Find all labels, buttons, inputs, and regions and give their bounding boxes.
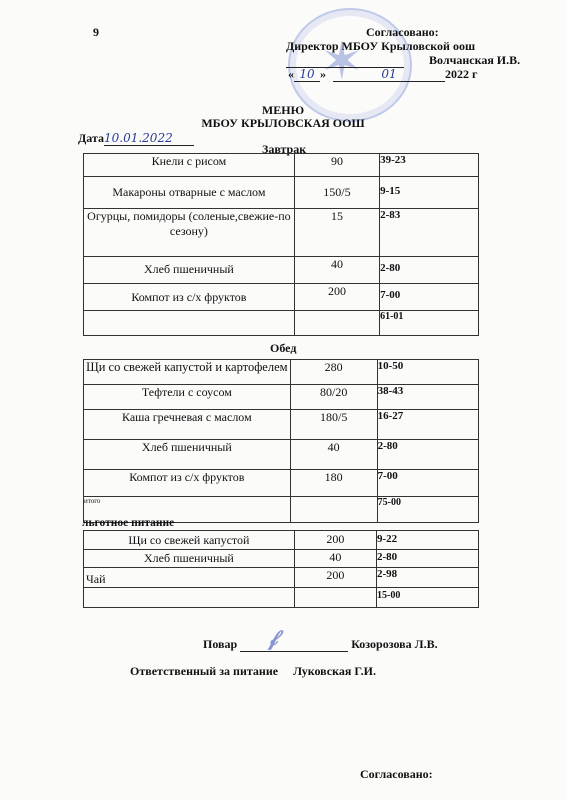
table-row: Хлеб пшеничный 40 2-80: [84, 257, 479, 284]
approval-label: Согласовано:: [366, 25, 439, 40]
date-field: Дата10.01.2022: [78, 131, 194, 146]
table-row: Компот из с/х фруктов 180 7-00: [84, 470, 479, 497]
cook-label: Повар: [203, 637, 237, 651]
total-row: 15-00: [84, 588, 479, 608]
table-row: Компот из с/х фруктов 200 7-00: [84, 284, 479, 311]
approval-month: 01: [333, 67, 445, 82]
date-label: Дата: [78, 131, 104, 145]
responsible-person: Ответственный за питание Луковская Г.И.: [130, 664, 376, 679]
table-row: Огурцы, помидоры (соленые,свежие-по сезо…: [84, 209, 479, 257]
responsible-name: Луковская Г.И.: [293, 664, 376, 678]
total-row: 61-01: [84, 311, 479, 336]
table-row: Хлеб пшеничный 40 2-80: [84, 550, 479, 568]
table-row: Кнели с рисом 90 39-23: [84, 154, 479, 177]
date-value: 10.01.2022: [104, 131, 194, 146]
table-row: Щи со свежей капустой и картофелем 280 1…: [84, 360, 479, 385]
lunch-title: Обед: [270, 341, 296, 356]
approval-date: «10» 012022 г: [286, 67, 477, 82]
table-row: Тефтели с соусом 80/20 38-43: [84, 385, 479, 410]
table-row: Чай 200 2-98: [84, 568, 479, 588]
bottom-approval-label: Согласовано:: [360, 767, 433, 782]
approval-name: Волчанская И.В.: [429, 53, 520, 67]
approval-year: 2022 г: [445, 67, 477, 81]
table-row: Хлеб пшеничный 40 2-80: [84, 440, 479, 470]
table-row: Каша гречневая с маслом 180/5 16-27: [84, 410, 479, 440]
responsible-label: Ответственный за питание: [130, 664, 278, 678]
preferential-title: льготное питание: [82, 517, 174, 529]
preferential-table: Щи со свежей капустой 200 9-22 Хлеб пшен…: [83, 530, 479, 608]
table-row: Щи со свежей капустой 200 9-22: [84, 531, 479, 550]
approval-position: Директор МБОУ Крыловской оош: [286, 39, 475, 54]
lunch-table: Щи со свежей капустой и картофелем 280 1…: [83, 359, 479, 523]
table-row: Макароны отварные с маслом 150/5 9-15: [84, 177, 479, 209]
cook-signature-line: 𝒻: [240, 639, 348, 652]
handwritten-signature-icon: 𝒻: [268, 625, 278, 651]
approval-signature-line: Волчанская И.В.: [286, 53, 526, 68]
cook-signature: Повар 𝒻 Козорозова Л.В.: [203, 637, 438, 652]
approval-day: 10: [294, 67, 320, 82]
school-title: МБОУ КРЫЛОВСКАЯ ООШ: [0, 116, 566, 131]
cook-name: Козорозова Л.В.: [351, 637, 437, 651]
breakfast-table: Кнели с рисом 90 39-23 Макароны отварные…: [83, 153, 479, 336]
page-number: 9: [93, 25, 99, 40]
